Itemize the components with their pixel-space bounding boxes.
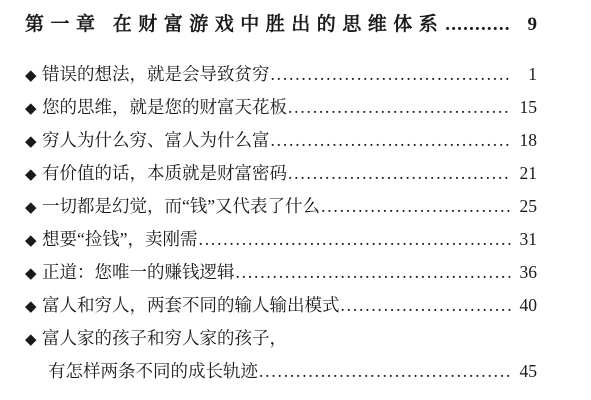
- chapter-title: 第一章 在财富游戏中胜出的思维体系: [25, 12, 444, 38]
- dot-leader: ........................................…: [258, 355, 511, 388]
- entry-page-number: 1: [511, 58, 537, 91]
- toc-entries: ◆ 错误的想法，就是会导致贫穷 ........................…: [25, 58, 537, 388]
- toc-entry: ◆ 富人家的孩子和穷人家的孩子， 有怎样两条不同的成长轨迹 ..........…: [25, 322, 537, 388]
- toc-entry: ◆ 穷人为什么穷、富人为什么富 ........................…: [25, 124, 537, 157]
- entry-page-number: 31: [511, 223, 537, 256]
- entry-title: 富人和穷人，两套不同的输人输出模式: [42, 289, 340, 322]
- dot-leader: ........................................…: [320, 190, 511, 223]
- entry-page-number: 21: [511, 157, 537, 190]
- entry-title: 正道：您唯一的赚钱逻辑: [42, 256, 235, 289]
- dot-leader: ........................................…: [235, 256, 512, 289]
- dot-leader: ........................................…: [198, 223, 511, 256]
- toc-entry: ◆ 有价值的话，本质就是财富密码 .......................…: [25, 157, 537, 190]
- entry-page-number: 36: [511, 256, 537, 289]
- toc-entry: ◆ 正道：您唯一的赚钱逻辑 ..........................…: [25, 256, 537, 289]
- diamond-bullet-icon: ◆: [25, 60, 42, 93]
- diamond-bullet-icon: ◆: [25, 192, 42, 225]
- dot-leader: ........................................…: [287, 157, 511, 190]
- diamond-bullet-icon: ◆: [25, 258, 42, 291]
- diamond-bullet-icon: ◆: [25, 126, 42, 159]
- entry-title: 有价值的话，本质就是财富密码: [42, 157, 287, 190]
- toc-entry: ◆ 错误的想法，就是会导致贫穷 ........................…: [25, 58, 537, 91]
- entry-title: 一切都是幻觉，而“钱”又代表了什么: [42, 190, 320, 223]
- diamond-bullet-icon: ◆: [25, 291, 42, 324]
- entry-page-number: 15: [511, 91, 537, 124]
- toc-entry: ◆ 想要“捡钱”，卖刚需 ...........................…: [25, 223, 537, 256]
- diamond-bullet-icon: ◆: [25, 159, 42, 192]
- entry-page-number: 18: [511, 124, 537, 157]
- diamond-bullet-icon: ◆: [25, 324, 42, 357]
- dot-leader: ........................................…: [287, 91, 511, 124]
- entry-title: 富人家的孩子和穷人家的孩子，: [42, 322, 287, 355]
- entry-title-line2: 有怎样两条不同的成长轨迹 ...........................…: [25, 355, 537, 388]
- diamond-bullet-icon: ◆: [25, 93, 42, 126]
- chapter-page-number: 9: [511, 12, 537, 38]
- dot-leader: ........................................…: [340, 289, 512, 322]
- entry-title: 错误的想法，就是会导致贫穷: [42, 58, 270, 91]
- dot-leader: ........................................…: [270, 58, 512, 91]
- toc-entry: ◆ 您的思维，就是您的财富天花板 .......................…: [25, 91, 537, 124]
- entry-title: 想要“捡钱”，卖刚需: [42, 223, 198, 256]
- entry-title-line1: ◆ 富人家的孩子和穷人家的孩子，: [25, 322, 537, 355]
- toc-entry: ◆ 一切都是幻觉，而“钱”又代表了什么 ....................…: [25, 190, 537, 223]
- chapter-heading: 第一章 在财富游戏中胜出的思维体系 ......................…: [25, 12, 537, 38]
- entry-title: 您的思维，就是您的财富天花板: [42, 91, 287, 124]
- dot-leader: ........................................…: [444, 12, 511, 38]
- entry-title-continued: 有怎样两条不同的成长轨迹: [48, 355, 258, 388]
- diamond-bullet-icon: ◆: [25, 225, 42, 258]
- entry-page-number: 25: [511, 190, 537, 223]
- entry-page-number: 45: [511, 355, 537, 388]
- toc-page: 第一章 在财富游戏中胜出的思维体系 ......................…: [0, 0, 591, 400]
- dot-leader: ........................................…: [270, 124, 512, 157]
- entry-page-number: 40: [511, 289, 537, 322]
- entry-title: 穷人为什么穷、富人为什么富: [42, 124, 270, 157]
- toc-entry: ◆ 富人和穷人，两套不同的输人输出模式 ....................…: [25, 289, 537, 322]
